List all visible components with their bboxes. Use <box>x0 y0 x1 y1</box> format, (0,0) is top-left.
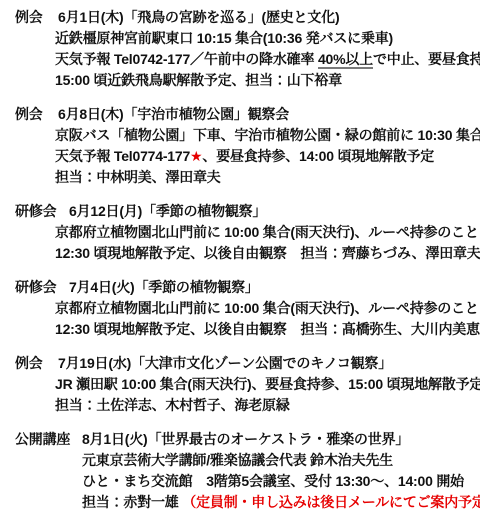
event-section: 例会6月8日(木)「宇治市植物公園」観察会 京阪バス「植物公園」下車、宇治市植物… <box>15 104 476 188</box>
event-line: 研修会7月4日(火)「季節の植物観察」 <box>15 277 476 298</box>
event-section: 例会6月1日(木)「飛鳥の宮跡を巡る」(歴史と文化) 近鉄橿原神宮前駅東口 10… <box>15 7 476 91</box>
event-line: 元東京芸術大学講師/雅楽協議会代表 鈴木治夫先生 <box>15 450 476 471</box>
event-type-label: 研修会 <box>15 277 69 298</box>
event-venue: ひと・まち交流館 3階第5会議室、受付 13:30～、14:00 開始 <box>82 473 464 489</box>
event-line: 担当：中林明美、澤田章夫 <box>15 167 476 188</box>
event-lecturer: 元東京芸術大学講師/雅楽協議会代表 鈴木治夫先生 <box>82 452 393 468</box>
event-detail: 、要昼食持参、14:00 頃現地解散予定 <box>202 148 434 164</box>
event-type-label: 例会 <box>15 104 58 125</box>
red-notice-text: （定員制・申し込みは後日メールにてご案内予定） <box>182 494 480 510</box>
event-title: 6月8日(木)「宇治市植物公園」観察会 <box>58 106 289 122</box>
event-line: 担当：赤對一雄 （定員制・申し込みは後日メールにてご案内予定） <box>15 492 476 513</box>
event-detail: 天気予報 Tel0774-177 <box>55 148 190 164</box>
event-line: 例会7月19日(水)「大津市文化ゾーン公園でのキノコ観察」 <box>15 353 476 374</box>
event-detail: 近鉄橿原神宮前駅東口 10:15 集合(10:36 発バスに乗車) <box>55 30 393 46</box>
event-line: 近鉄橿原神宮前駅東口 10:15 集合(10:36 発バスに乗車) <box>15 28 476 49</box>
event-staff: 担当：中林明美、澤田章夫 <box>55 169 221 185</box>
underlined-condition-text: 40%以上 <box>318 51 373 69</box>
event-line: 12:30 頃現地解散予定、以後自由観察 担当：齊藤ちづみ、澤田章夫 <box>15 243 476 264</box>
event-detail: 京阪バス「植物公園」下車、宇治市植物公園・緑の館前に 10:30 集合 <box>55 127 480 143</box>
event-line: 公開講座8月1日(火)「世界最古のオーケストラ・雅楽の世界」 <box>15 429 476 450</box>
red-star-icon: ★ <box>190 148 202 164</box>
event-staff: 担当：土佐洋志、木村哲子、海老原緑 <box>55 397 290 413</box>
event-line: JR 瀬田駅 10:00 集合(雨天決行)、要昼食持参、15:00 頃現地解散予… <box>15 374 476 395</box>
event-section: 研修会6月12日(月)「季節の植物観察」 京都府立植物園北山門前に 10:00 … <box>15 201 476 264</box>
event-detail: 12:30 頃現地解散予定、以後自由観察 担当：齊藤ちづみ、澤田章夫 <box>55 245 480 261</box>
event-line: 京阪バス「植物公園」下車、宇治市植物公園・緑の館前に 10:30 集合 <box>15 125 476 146</box>
event-detail: JR 瀬田駅 10:00 集合(雨天決行)、要昼食持参、15:00 頃現地解散予… <box>55 376 480 392</box>
event-title: 7月19日(水)「大津市文化ゾーン公園でのキノコ観察」 <box>58 355 392 371</box>
event-type-label: 例会 <box>15 353 58 374</box>
event-line: 天気予報 Tel0774-177★、要昼食持参、14:00 頃現地解散予定 <box>15 146 476 167</box>
event-detail: 15:00 頃近鉄飛鳥駅解散予定、担当：山下裕章 <box>55 72 342 88</box>
event-line: 京都府立植物園北山門前に 10:00 集合(雨天決行)、ルーペ持参のこと <box>15 222 476 243</box>
event-type-label: 研修会 <box>15 201 69 222</box>
event-line: 研修会6月12日(月)「季節の植物観察」 <box>15 201 476 222</box>
event-detail: 京都府立植物園北山門前に 10:00 集合(雨天決行)、ルーペ持参のこと <box>55 224 479 240</box>
event-title: 8月1日(火)「世界最古のオーケストラ・雅楽の世界」 <box>82 431 409 447</box>
event-type-label: 公開講座 <box>15 429 82 450</box>
event-line: 京都府立植物園北山門前に 10:00 集合(雨天決行)、ルーペ持参のこと <box>15 298 476 319</box>
event-title: 7月4日(火)「季節の植物観察」 <box>69 279 259 295</box>
event-line: 天気予報 Tel0742-177／午前中の降水確率 40%以上で中止、要昼食持参 <box>15 49 476 70</box>
event-section: 公開講座8月1日(火)「世界最古のオーケストラ・雅楽の世界」 元東京芸術大学講師… <box>15 429 476 513</box>
event-line: ひと・まち交流館 3階第5会議室、受付 13:30～、14:00 開始 <box>15 471 476 492</box>
event-title: 6月1日(木)「飛鳥の宮跡を巡る」(歴史と文化) <box>58 9 339 25</box>
event-detail: で中止、要昼食持参 <box>373 51 480 67</box>
event-detail: 12:30 頃現地解散予定、以後自由観察 担当：髙橋弥生、大川内美恵子 <box>55 321 480 337</box>
event-line: 12:30 頃現地解散予定、以後自由観察 担当：髙橋弥生、大川内美恵子 <box>15 319 476 340</box>
event-section: 例会7月19日(水)「大津市文化ゾーン公園でのキノコ観察」 JR 瀬田駅 10:… <box>15 353 476 416</box>
event-detail: 京都府立植物園北山門前に 10:00 集合(雨天決行)、ルーペ持参のこと <box>55 300 479 316</box>
event-type-label: 例会 <box>15 7 58 28</box>
event-line: 15:00 頃近鉄飛鳥駅解散予定、担当：山下裕章 <box>15 70 476 91</box>
event-title: 6月12日(月)「季節の植物観察」 <box>69 203 266 219</box>
event-staff: 担当：赤對一雄 <box>82 494 182 510</box>
event-line: 例会6月8日(木)「宇治市植物公園」観察会 <box>15 104 476 125</box>
event-line: 担当：土佐洋志、木村哲子、海老原緑 <box>15 395 476 416</box>
event-detail: 天気予報 Tel0742-177／午前中の降水確率 <box>55 51 318 67</box>
event-line: 例会6月1日(木)「飛鳥の宮跡を巡る」(歴史と文化) <box>15 7 476 28</box>
event-schedule-document: 例会6月1日(木)「飛鳥の宮跡を巡る」(歴史と文化) 近鉄橿原神宮前駅東口 10… <box>0 0 480 513</box>
event-section: 研修会7月4日(火)「季節の植物観察」 京都府立植物園北山門前に 10:00 集… <box>15 277 476 340</box>
